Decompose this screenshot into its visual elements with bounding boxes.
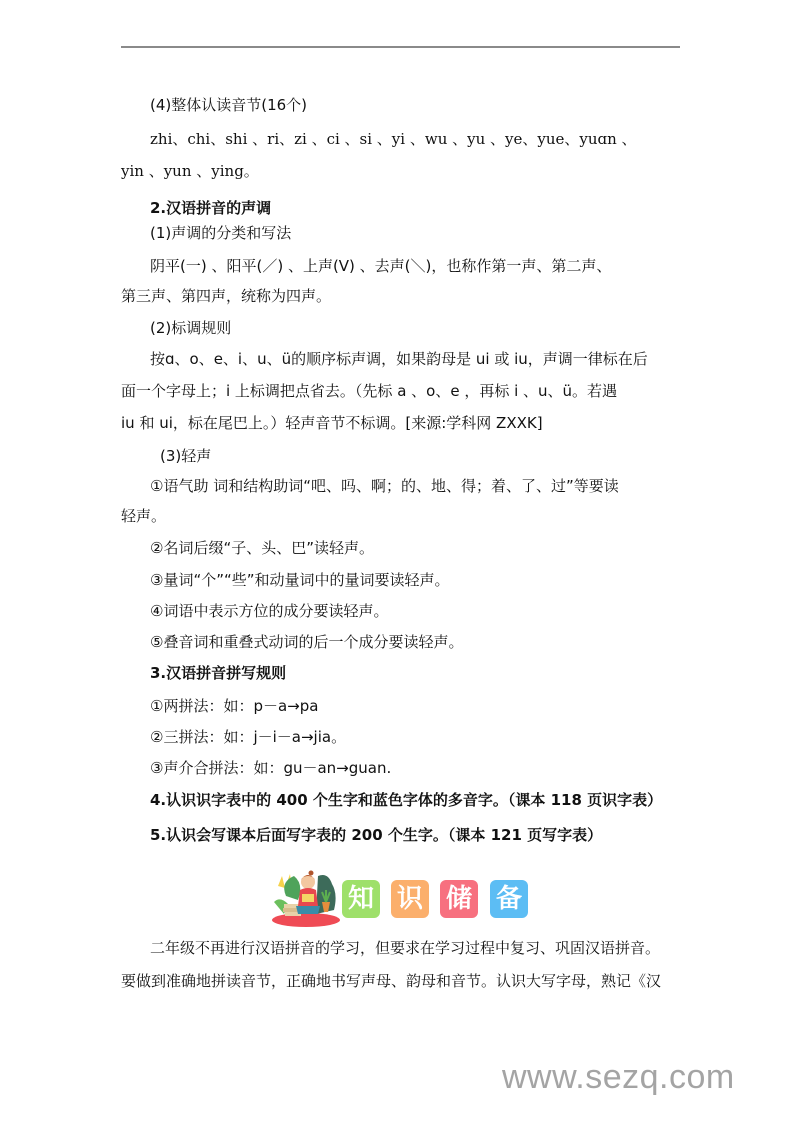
tone-rule-line-3: iu 和 ui，标在尾巴上。）轻声音节不标调。[来源:学科网 ZXXK] bbox=[121, 413, 543, 433]
neutral-rule-1-line-2: 轻声。 bbox=[121, 506, 166, 526]
heading-recognize-characters: 4.认识识字表中的 400 个生字和蓝色字体的多音字。（课本 118 页识字表） bbox=[150, 790, 662, 810]
banner-tile-bei: 备 bbox=[490, 880, 528, 918]
heading-write-characters: 5.认识会写课本后面写字表的 200 个生字。（课本 121 页写字表） bbox=[150, 825, 602, 845]
watermark: www.sezq.com bbox=[502, 1058, 735, 1097]
neutral-rule-1-line-1: ①语气助 词和结构助词“吧、吗、啊；的、地、得；着、了、过”等要读 bbox=[150, 476, 619, 496]
neutral-rule-4: ④词语中表示方位的成分要读轻声。 bbox=[150, 601, 388, 621]
heading-tones: 2.汉语拼音的声调 bbox=[150, 198, 271, 218]
body-paragraph-line-2: 要做到准确地拼读音节，正确地书写声母、韵母和音节。认识大写字母，熟记《汉 bbox=[121, 971, 661, 991]
syllables-line-2: yin 、yun 、ying。 bbox=[121, 161, 259, 181]
spelling-rule-1: ①两拼法：如：p－a→pa bbox=[150, 696, 318, 716]
tones-text-line-1: 阴平(一) 、阳平(／) 、上声(V) 、去声(＼)，也称作第一声、第二声、 bbox=[150, 256, 611, 276]
subheading-neutral-tone: (3)轻声 bbox=[160, 446, 211, 466]
tone-rule-line-2: 面一个字母上；i 上标调把点省去。（先标 a 、o、e ，再标 i 、u、ü。若… bbox=[121, 381, 617, 401]
tone-rule-line-1: 按ɑ、o、e、i、u、ü的顺序标声调，如果韵母是 ui 或 iu，声调一律标在后 bbox=[150, 349, 648, 369]
banner-tile-chu: 储 bbox=[440, 880, 478, 918]
neutral-rule-2: ②名词后缀“子、头、巴”读轻声。 bbox=[150, 538, 374, 558]
banner-tile-zhi: 知 bbox=[342, 880, 380, 918]
section-heading-whole-syllables: (4)整体认读音节(16个) bbox=[150, 95, 307, 115]
heading-spelling-rules: 3.汉语拼音拼写规则 bbox=[150, 663, 286, 683]
subheading-tone-rules: (2)标调规则 bbox=[150, 318, 231, 338]
body-paragraph-line-1: 二年级不再进行汉语拼音的学习，但要求在学习过程中复习、巩固汉语拼音。 bbox=[150, 938, 660, 958]
neutral-rule-5: ⑤叠音词和重叠式动词的后一个成分要读轻声。 bbox=[150, 632, 463, 652]
spelling-rule-2: ②三拼法：如：j－i－a→jia。 bbox=[150, 727, 346, 747]
neutral-rule-3: ③量词“个”“些”和动量词中的量词要读轻声。 bbox=[150, 570, 450, 590]
knowledge-reserve-banner: 知 识 储 备 bbox=[270, 866, 540, 928]
header-rule bbox=[121, 46, 680, 48]
girl-reading-illustration-icon bbox=[270, 866, 342, 928]
tones-text-line-2: 第三声、第四声，统称为四声。 bbox=[121, 286, 331, 306]
syllables-line-1: zhi、chi、shi 、ri、zi 、ci 、si 、yi 、wu 、yu 、… bbox=[150, 129, 680, 149]
spelling-rule-3: ③声介合拼法：如：gu－an→guan. bbox=[150, 758, 391, 778]
banner-tile-shi: 识 bbox=[391, 880, 429, 918]
subheading-tone-types: (1)声调的分类和写法 bbox=[150, 223, 291, 243]
